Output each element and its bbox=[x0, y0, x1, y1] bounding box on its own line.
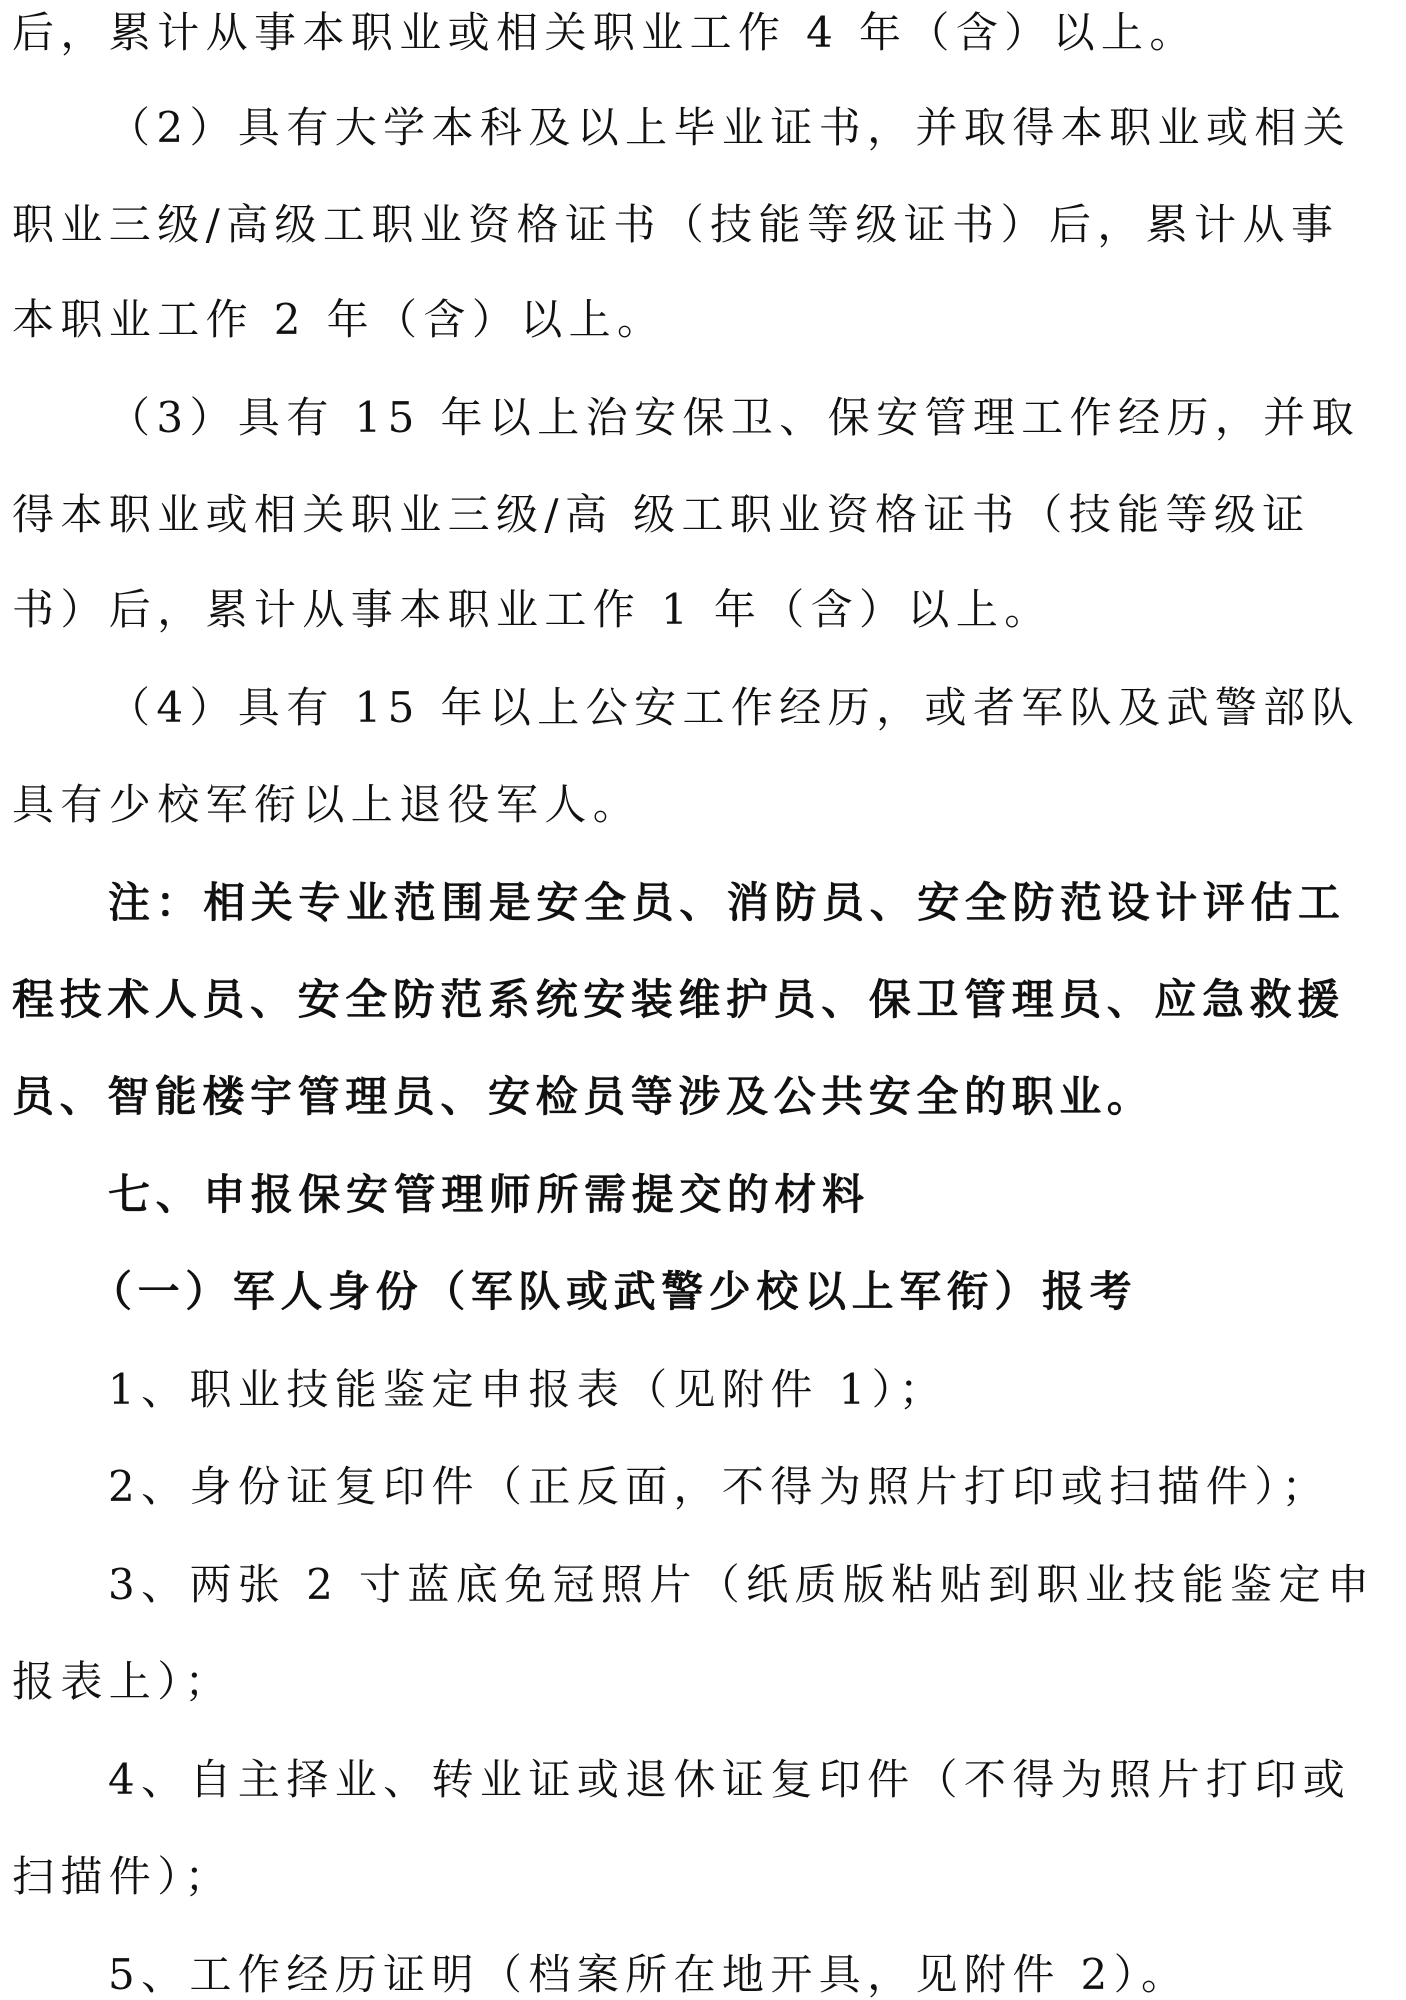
paragraph-line: 得本职业或相关职业三级/高 级工职业资格证书（技能等级证 bbox=[12, 485, 1311, 545]
note-line: 程技术人员、安全防范系统安装维护员、保卫管理员、应急救援 bbox=[12, 970, 1345, 1030]
note-line: 员、智能楼宇管理员、安检员等涉及公共安全的职业。 bbox=[12, 1067, 1154, 1127]
list-item: 2、身份证复印件（正反面，不得为照片打印或扫描件）； bbox=[108, 1457, 1330, 1517]
paragraph-line: 后，累计从事本职业或相关职业工作 4 年（含）以上。 bbox=[12, 3, 1198, 63]
paragraph-line: 职业三级/高级工职业资格证书（技能等级证书）后，累计从事 bbox=[12, 195, 1339, 255]
list-item: 5、工作经历证明（档案所在地开具，见附件 2）。 bbox=[108, 1945, 1189, 2000]
paragraph-line: （2）具有大学本科及以上毕业证书，并取得本职业或相关 bbox=[108, 98, 1351, 158]
list-item-continuation: 扫描件）； bbox=[12, 1847, 233, 1907]
list-item: 1、职业技能鉴定申报表（见附件 1）； bbox=[108, 1360, 947, 1420]
paragraph-line: （4）具有 15 年以上公安工作经历，或者军队及武警部队 bbox=[108, 678, 1360, 738]
list-item: 4、自主择业、转业证或退休证复印件（不得为照片打印或 bbox=[108, 1750, 1351, 1810]
paragraph-line: 本职业工作 2 年（含）以上。 bbox=[12, 290, 665, 350]
note-line: 注：相关专业范围是安全员、消防员、安全防范设计评估工 bbox=[108, 873, 1346, 933]
subsection-heading: （一）军人身份（军队或武警少校以上军衔）报考 bbox=[90, 1262, 1137, 1322]
section-heading: 七、申报保安管理师所需提交的材料 bbox=[108, 1165, 870, 1225]
paragraph-line: 具有少校军衔以上退役军人。 bbox=[12, 775, 641, 835]
list-item: 3、两张 2 寸蓝底免冠照片（纸质版粘贴到职业技能鉴定申 bbox=[108, 1555, 1375, 1615]
list-item-continuation: 报表上）； bbox=[12, 1652, 233, 1712]
paragraph-line: （3）具有 15 年以上治安保卫、保安管理工作经历，并取 bbox=[108, 388, 1360, 448]
paragraph-line: 书）后，累计从事本职业工作 1 年（含）以上。 bbox=[12, 580, 1053, 640]
